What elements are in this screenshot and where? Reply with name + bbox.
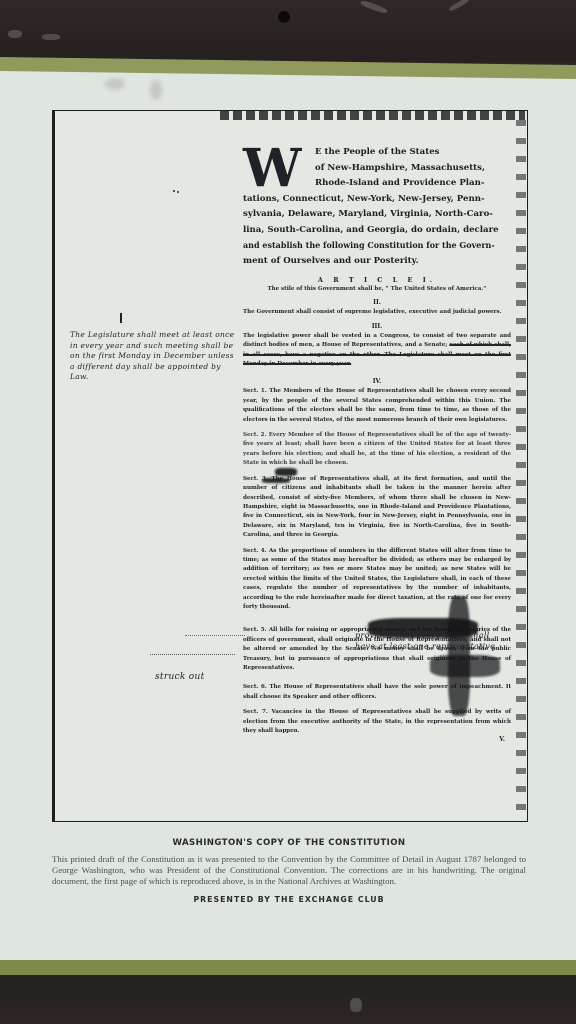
scuff-mark: [350, 998, 362, 1012]
handwritten-scribble: [185, 630, 245, 636]
ink-speck: [177, 191, 179, 193]
caption-credit: PRESENTED BY THE EXCHANGE CLUB: [52, 895, 526, 904]
document-ink-edge: [220, 110, 525, 120]
ink-blot: [430, 655, 500, 677]
document-edge: [52, 110, 55, 822]
article-2-number: II.: [243, 297, 511, 308]
article-4-number: IV.: [243, 376, 511, 387]
scuff-mark: [8, 30, 22, 38]
bolt-hole: [278, 11, 290, 23]
handwritten-note: struck out: [155, 672, 235, 683]
article-2-text: The Government shall consist of supreme …: [243, 308, 511, 317]
section-6: Sect. 6. The House of Representatives sh…: [243, 683, 511, 702]
scuff-mark: [42, 34, 60, 40]
section-3: Sect. 3. The House of Representatives sh…: [243, 475, 511, 541]
article-heading: A R T I C L E I.: [243, 275, 511, 285]
document-ink-edge: [516, 120, 526, 820]
section-1: Sect. 1. The Members of the House of Rep…: [243, 387, 511, 425]
section-4: Sect. 4. As the proportions of numbers i…: [243, 547, 511, 613]
drop-cap: W: [243, 145, 301, 193]
caption-title: WASHINGTON'S COPY OF THE CONSTITUTION: [52, 838, 526, 848]
handwritten-scribble: [150, 645, 235, 655]
article-3-number: III.: [243, 321, 511, 332]
section-2: Sect. 2. Every Member of the House of Re…: [243, 431, 511, 469]
smudge: [150, 80, 162, 100]
constitution-text: W E the People of the States of New-Hamp…: [243, 145, 511, 743]
caption-body: This printed draft of the Constitution a…: [52, 854, 526, 888]
ink-speck: [173, 190, 175, 192]
ink-speck: [120, 313, 122, 323]
wooden-board-bottom: [0, 975, 576, 1024]
article-1-text: The stile of this Government shall be, “…: [243, 285, 511, 294]
handwritten-note: The Legislature shall meet at least once…: [70, 330, 240, 383]
plaque-caption: WASHINGTON'S COPY OF THE CONSTITUTION Th…: [52, 838, 526, 904]
handwritten-note: provided that every State shall have at …: [355, 630, 505, 652]
ink-blot: [275, 468, 297, 476]
section-7: Sect. 7. Vacancies in the House of Repre…: [243, 708, 511, 736]
wooden-board-top: [0, 0, 576, 62]
article-5-number: V.: [243, 736, 511, 743]
article-3-text: The legislative power shall be vested in…: [243, 332, 511, 370]
ink-blot: [262, 478, 290, 483]
smudge: [105, 78, 125, 90]
